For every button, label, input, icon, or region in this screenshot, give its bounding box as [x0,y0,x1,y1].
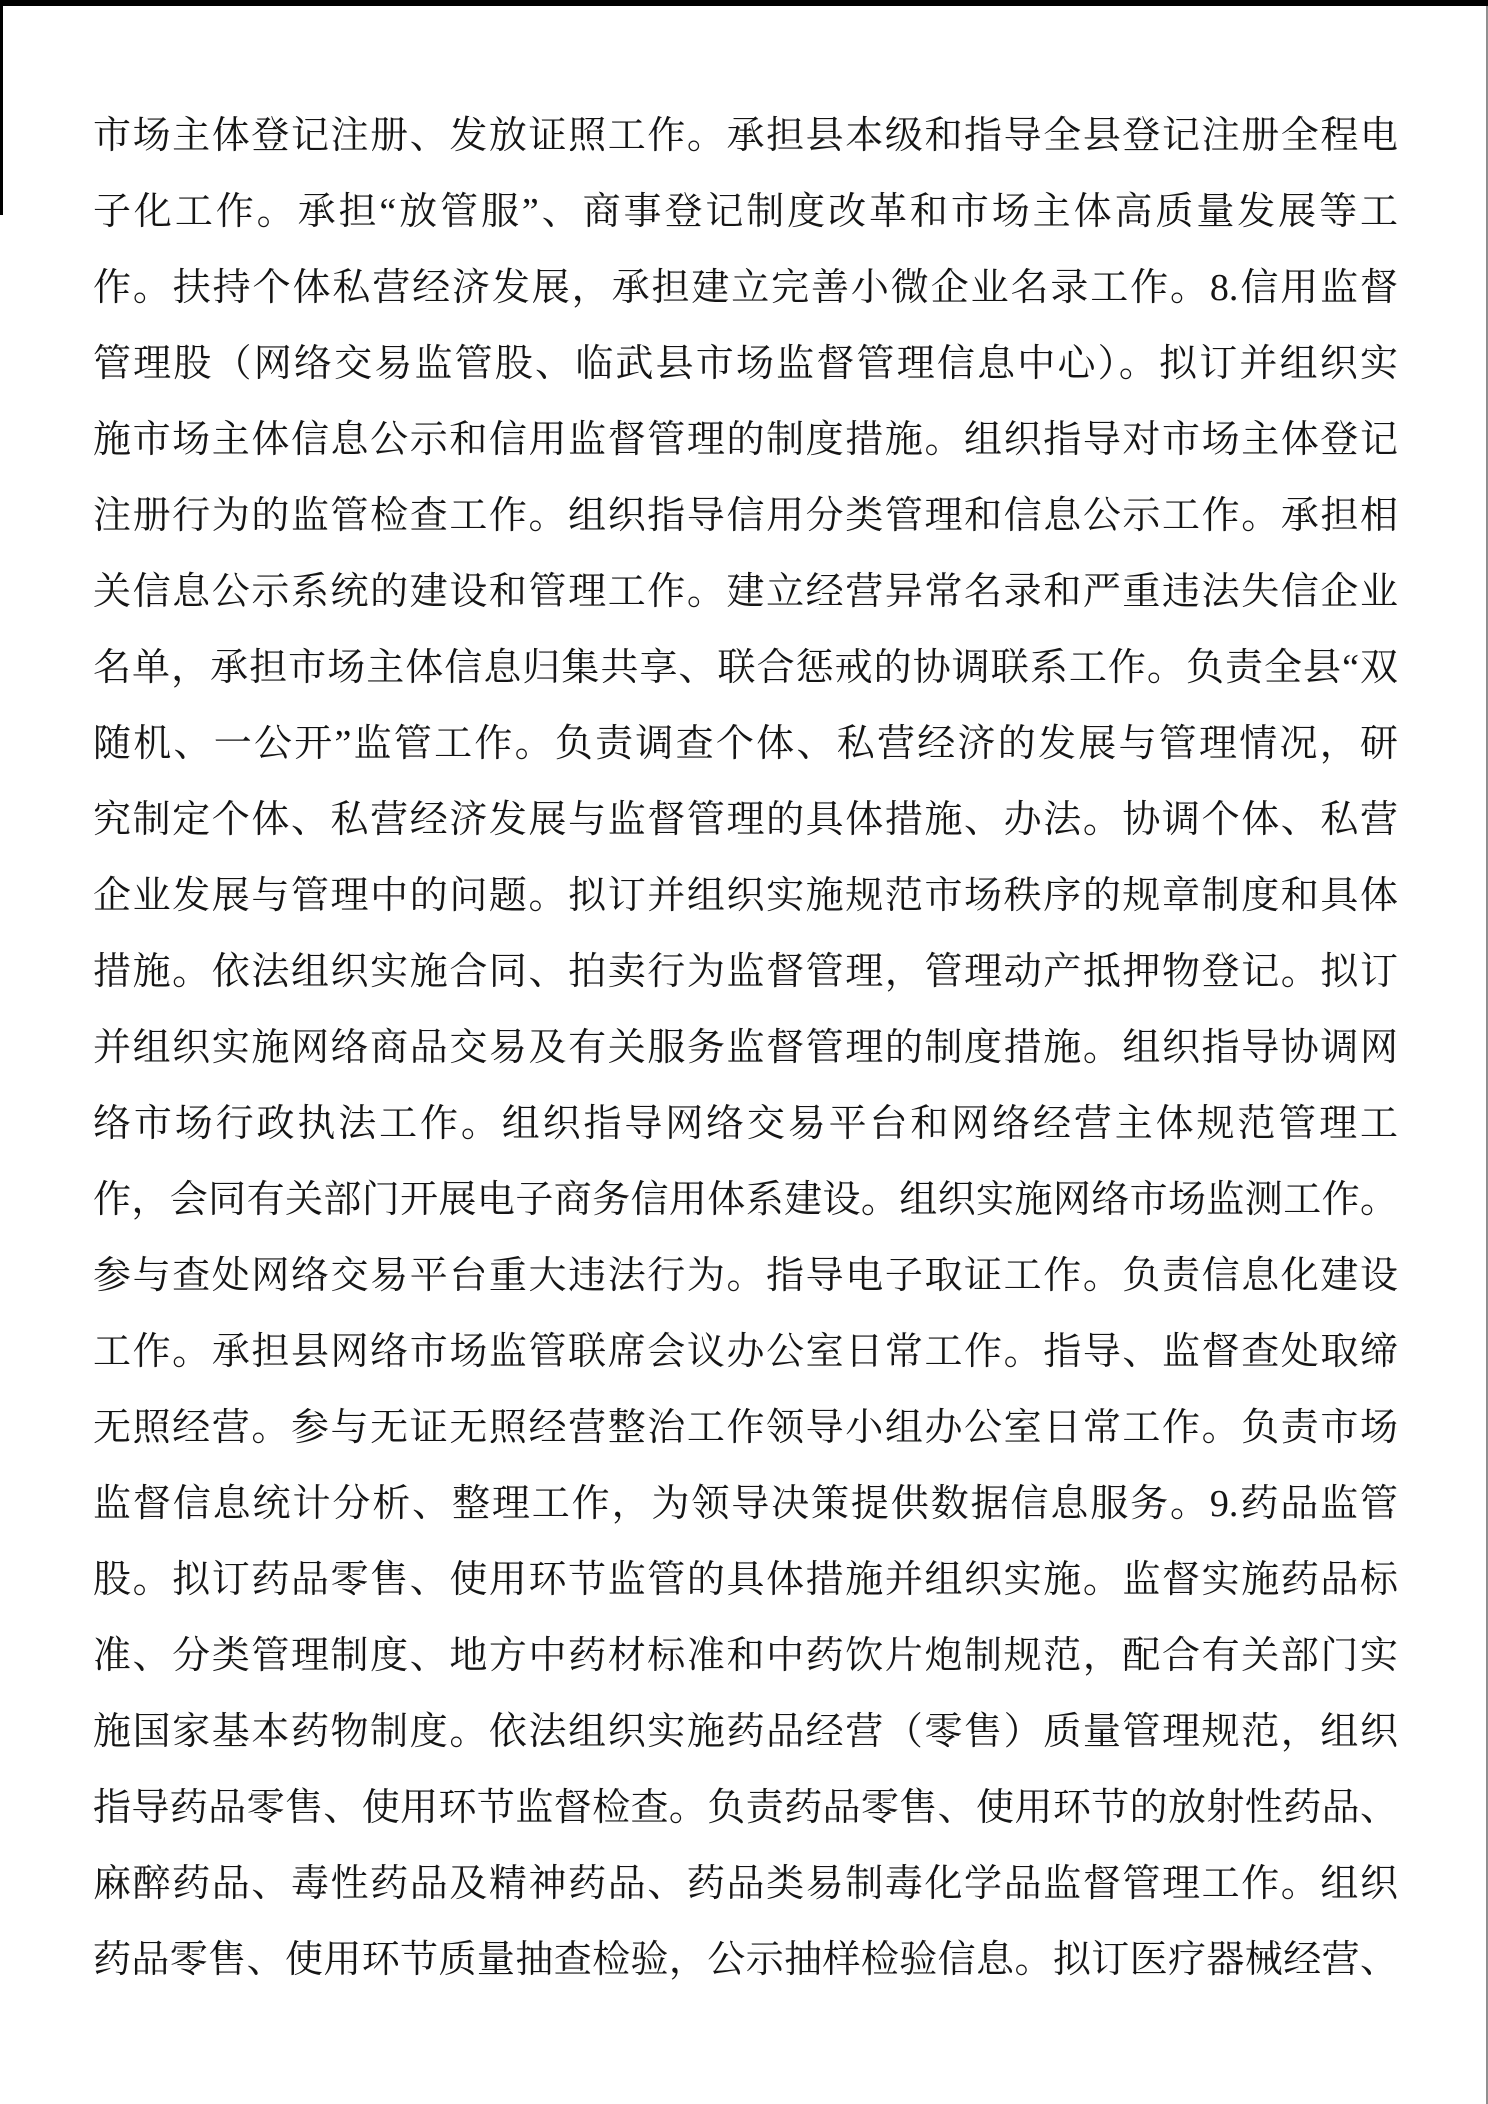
text-line: 施市场主体信息公示和信用监督管理的制度措施。组织指导对市场主体登记 [93,402,1398,478]
text-line: 股。拟订药品零售、使用环节监管的具体措施并组织实施。监督实施药品标 [93,1542,1398,1618]
text-line: 关信息公示系统的建设和管理工作。建立经营异常名录和严重违法失信企业 [93,554,1398,630]
text-line: 注册行为的监管检查工作。组织指导信用分类管理和信息公示工作。承担相 [93,478,1398,554]
text-line: 子化工作。承担“放管服”、商事登记制度改革和市场主体高质量发展等工 [93,174,1398,250]
text-line: 作。扶持个体私营经济发展，承担建立完善小微企业名录工作。8.信用监督 [93,250,1398,326]
text-line: 究制定个体、私营经济发展与监督管理的具体措施、办法。协调个体、私营 [93,782,1398,858]
text-line: 准、分类管理制度、地方中药材标准和中药饮片炮制规范，配合有关部门实 [93,1618,1398,1694]
text-line: 并组织实施网络商品交易及有关服务监督管理的制度措施。组织指导协调网 [93,1010,1398,1086]
text-line: 管理股（网络交易监管股、临武县市场监督管理信息中心）。拟订并组织实 [93,326,1398,402]
scan-edge-top [0,0,1488,6]
text-line: 工作。承担县网络市场监管联席会议办公室日常工作。指导、监督查处取缔 [93,1314,1398,1390]
text-line: 作，会同有关部门开展电子商务信用体系建设。组织实施网络市场监测工作。 [93,1162,1398,1238]
text-line: 企业发展与管理中的问题。拟订并组织实施规范市场秩序的规章制度和具体 [93,858,1398,934]
text-line: 络市场行政执法工作。组织指导网络交易平台和网络经营主体规范管理工 [93,1086,1398,1162]
text-line: 监督信息统计分析、整理工作，为领导决策提供数据信息服务。9.药品监管 [93,1466,1398,1542]
text-line: 名单，承担市场主体信息归集共享、联合惩戒的协调联系工作。负责全县“双 [93,630,1398,706]
body-text-block: 市场主体登记注册、发放证照工作。承担县本级和指导全县登记注册全程电子化工作。承担… [93,98,1398,1998]
scan-edge-left [0,0,3,215]
text-line: 施国家基本药物制度。依法组织实施药品经营（零售）质量管理规范，组织 [93,1694,1398,1770]
text-line: 参与查处网络交易平台重大违法行为。指导电子取证工作。负责信息化建设 [93,1238,1398,1314]
text-line: 措施。依法组织实施合同、拍卖行为监督管理，管理动产抵押物登记。拟订 [93,934,1398,1010]
document-page: 市场主体登记注册、发放证照工作。承担县本级和指导全县登记注册全程电子化工作。承担… [0,0,1488,2104]
text-line: 指导药品零售、使用环节监督检查。负责药品零售、使用环节的放射性药品、 [93,1770,1398,1846]
text-line: 无照经营。参与无证无照经营整治工作领导小组办公室日常工作。负责市场 [93,1390,1398,1466]
text-line: 麻醉药品、毒性药品及精神药品、药品类易制毒化学品监督管理工作。组织 [93,1846,1398,1922]
text-line: 市场主体登记注册、发放证照工作。承担县本级和指导全县登记注册全程电 [93,98,1398,174]
text-line: 药品零售、使用环节质量抽查检验，公示抽样检验信息。拟订医疗器械经营、 [93,1922,1398,1998]
text-line: 随机、一公开”监管工作。负责调查个体、私营经济的发展与管理情况，研 [93,706,1398,782]
